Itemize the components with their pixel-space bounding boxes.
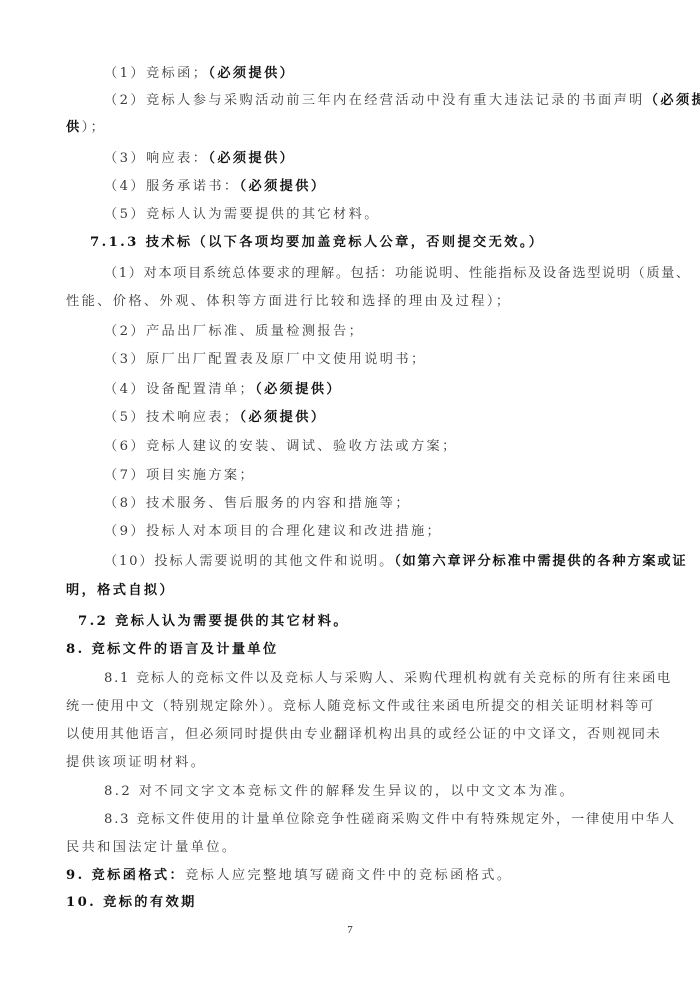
section-9: 9. 竞标函格式：竞标人应完整地填写磋商文件中的竞标函格式。	[66, 866, 646, 886]
item-number: （2）	[104, 324, 146, 339]
section-10-heading: 10. 竞标的有效期	[66, 893, 646, 913]
section-title: 技术标	[146, 235, 193, 250]
required-note: （必须提供）	[255, 382, 342, 397]
item-text: 投标人需要说明的其他文件和说明。	[154, 554, 394, 569]
item-number: （6）	[104, 439, 146, 454]
paragraph-81-line-4: 提供该项证明材料。	[66, 753, 646, 773]
commercial-item-1: （1）竞标函；（必须提供）	[104, 64, 684, 84]
item-number: （3）	[104, 151, 146, 166]
item-number: （1）	[104, 66, 146, 81]
paragraph-82: 8.2 对不同文字文本竞标文件的解释发生异议的，以中文文本为准。	[104, 782, 684, 802]
commercial-item-4: （4）服务承诺书：（必须提供）	[104, 177, 684, 197]
required-note: （必须提供）	[208, 151, 295, 166]
required-note-end: 供	[66, 120, 82, 135]
paragraph-83-line-2: 民共和国法定计量单位。	[66, 838, 646, 858]
page-number: 7	[0, 924, 700, 936]
required-note: （必须提供）	[240, 179, 327, 194]
item-text: 竞标人建议的安装、调试、验收方法或方案；	[146, 439, 458, 454]
item-text: 产品出厂标准、质量检测报告；	[146, 324, 364, 339]
commercial-item-2-continuation: 供）；	[66, 118, 646, 138]
commercial-item-3: （3）响应表：（必须提供）	[104, 149, 684, 169]
required-note: （如第六章评分标准中需提供的各种方案或证	[394, 554, 687, 569]
item-number: （4）	[104, 179, 146, 194]
item-text-end: 性能、价格、外观、体积等方面进行比较和选择的理由及过程）；	[66, 294, 511, 309]
item-text: 技术服务、售后服务的内容和措施等；	[146, 496, 411, 511]
technical-item-10-continuation: 明，格式自拟）	[66, 581, 646, 601]
document-page: （1）竞标函；（必须提供） （2）竞标人参与采购活动前三年内在经营活动中没有重大…	[0, 0, 700, 990]
paragraph-81-line-2: 统一使用中文（特别规定除外）。竞标人随竞标文件或往来函电所提交的相关证明材料等可	[66, 697, 646, 717]
commercial-item-2: （2）竞标人参与采购活动前三年内在经营活动中没有重大违法记录的书面声明（必须提	[104, 91, 684, 111]
item-number: （5）	[104, 207, 146, 222]
required-note: （必须提	[645, 93, 700, 108]
paragraph-81-line-1: 8.1 竞标人的竞标文件以及竞标人与采购人、采购代理机构就有关竞标的所有往来函电	[104, 669, 684, 689]
item-text: 对本项目系统总体要求的理解。包括：功能说明、性能指标及设备选型说明（质量、	[144, 266, 691, 281]
paragraph-text: 民共和国法定计量单位。	[66, 840, 237, 855]
item-text: 原厂出厂配置表及原厂中文使用说明书；	[146, 352, 427, 367]
item-text: 投标人对本项目的合理化建议和改进措施；	[146, 524, 442, 539]
required-note-end: 明，格式自拟）	[66, 583, 175, 598]
paragraph-text: 统一使用中文（特别规定除外）。竞标人随竞标文件或往来函电所提交的相关证明材料等可	[66, 699, 655, 714]
technical-item-10: （10）投标人需要说明的其他文件和说明。（如第六章评分标准中需提供的各种方案或证	[104, 552, 684, 572]
item-number: （4）	[104, 382, 146, 397]
required-note: （必须提供）	[240, 410, 327, 425]
paragraph-text: 8.3 竞标文件使用的计量单位除竞争性磋商采购文件中有特殊规定外，一律使用中华人	[104, 812, 676, 827]
section-9-heading: 9. 竞标函格式：	[66, 868, 185, 883]
technical-item-8: （8）技术服务、售后服务的内容和措施等；	[104, 494, 684, 514]
paragraph-text: 提供该项证明材料。	[66, 755, 206, 770]
paragraph-81-line-3: 以使用其他语言，但必须同时提供由专业翻译机构出具的或经公证的中文译文，否则视同未	[66, 725, 646, 745]
technical-item-5: （5）技术响应表；（必须提供）	[104, 408, 684, 428]
section-8-title: 8. 竞标文件的语言及计量单位	[66, 642, 279, 657]
technical-item-6: （6）竞标人建议的安装、调试、验收方法或方案；	[104, 437, 684, 457]
section-note: （以下各项均要加盖竞标人公章，否则提交无效。）	[192, 235, 544, 250]
item-text: 竞标函；	[146, 66, 208, 81]
item-number: （5）	[104, 410, 146, 425]
technical-item-1-continuation: 性能、价格、外观、体积等方面进行比较和选择的理由及过程）；	[66, 292, 646, 312]
item-text: 竞标人认为需要提供的其它材料。	[146, 207, 380, 222]
section-72: 7.2 竞标人认为需要提供的其它材料。	[78, 612, 658, 632]
section-72-text: 7.2 竞标人认为需要提供的其它材料。	[78, 614, 349, 629]
item-text: 设备配置清单；	[146, 382, 255, 397]
commercial-item-5: （5）竞标人认为需要提供的其它材料。	[104, 205, 684, 225]
technical-item-4: （4）设备配置清单；（必须提供）	[104, 380, 684, 400]
technical-item-9: （9）投标人对本项目的合理化建议和改进措施；	[104, 522, 684, 542]
item-text: 竞标人参与采购活动前三年内在经营活动中没有重大违法记录的书面声明	[146, 93, 645, 108]
item-text: 服务承诺书：	[146, 179, 240, 194]
item-number: （10）	[104, 554, 154, 569]
paragraph-text: 以使用其他语言，但必须同时提供由专业翻译机构出具的或经公证的中文译文，否则视同未	[66, 727, 662, 742]
section-8-heading: 8. 竞标文件的语言及计量单位	[66, 640, 646, 660]
technical-item-1: （1）对本项目系统总体要求的理解。包括：功能说明、性能指标及设备选型说明（质量、	[104, 264, 684, 284]
item-text: 响应表：	[146, 151, 208, 166]
item-text: 项目实施方案；	[146, 468, 255, 483]
item-number: （1）	[104, 266, 144, 281]
item-number: （3）	[104, 352, 146, 367]
item-text: 技术响应表；	[146, 410, 240, 425]
required-note: （必须提供）	[208, 66, 295, 81]
section-713-heading: 7.1.3 技术标（以下各项均要加盖竞标人公章，否则提交无效。）	[90, 233, 670, 253]
item-text-end: ）；	[82, 120, 107, 135]
paragraph-text: 8.2 对不同文字文本竞标文件的解释发生异议的，以中文文本为准。	[104, 784, 575, 799]
technical-item-7: （7）项目实施方案；	[104, 466, 684, 486]
technical-item-2: （2）产品出厂标准、质量检测报告；	[104, 322, 684, 342]
section-number: 7.1.3	[90, 235, 139, 250]
item-number: （9）	[104, 524, 146, 539]
item-number: （7）	[104, 468, 146, 483]
technical-item-3: （3）原厂出厂配置表及原厂中文使用说明书；	[104, 350, 684, 370]
paragraph-83-line-1: 8.3 竞标文件使用的计量单位除竞争性磋商采购文件中有特殊规定外，一律使用中华人	[104, 810, 684, 830]
item-number: （2）	[104, 93, 146, 108]
paragraph-text: 8.1 竞标人的竞标文件以及竞标人与采购人、采购代理机构就有关竞标的所有往来函电	[104, 671, 672, 686]
section-9-text: 竞标人应完整地填写磋商文件中的竞标函格式。	[185, 868, 512, 883]
item-number: （8）	[104, 496, 146, 511]
section-10-title: 10. 竞标的有效期	[66, 895, 197, 910]
